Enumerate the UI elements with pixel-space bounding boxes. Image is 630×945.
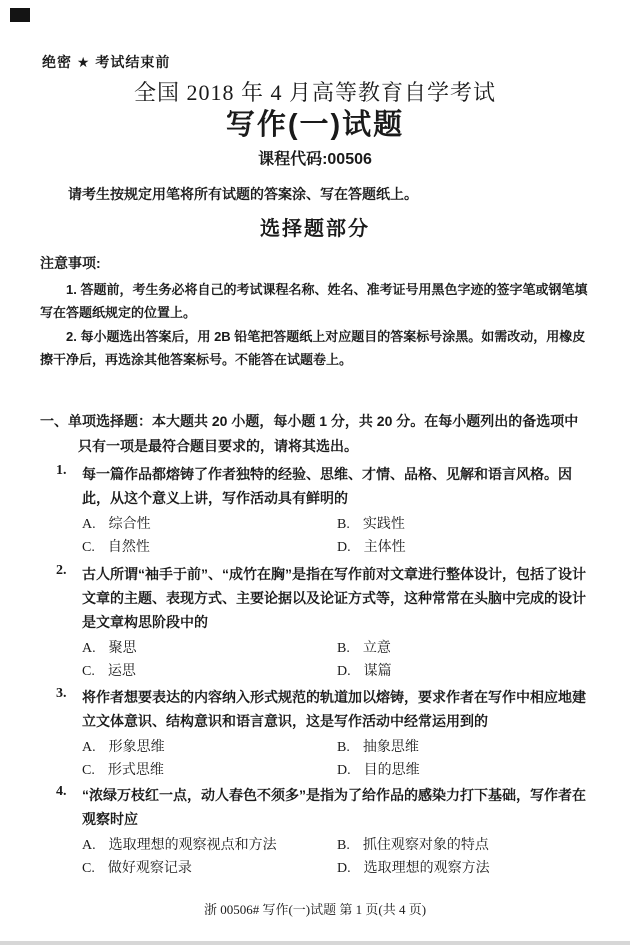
option-label: A. bbox=[82, 834, 96, 857]
section-one-directive: 一、单项选择题：本大题共 20 小题，每小题 1 分，共 20 分。在每小题列出… bbox=[40, 409, 592, 459]
question-number: 4. bbox=[56, 784, 67, 800]
paper-title: 写作(一)试题 bbox=[0, 102, 630, 143]
option-text: 谋篇 bbox=[364, 664, 392, 679]
option-b: B.抓住观察对象的特点 bbox=[337, 834, 592, 857]
option-text: 目的思维 bbox=[364, 763, 420, 778]
question-3: 3. 将作者想要表达的内容纳入形式规范的轨道加以熔铸，要求作者在写作中相应地建立… bbox=[40, 685, 592, 782]
option-a: A.选取理想的观察视点和方法 bbox=[82, 834, 337, 857]
question-stem: “浓绿万枝红一点，动人春色不须多”是指为了给作品的感染力打下基础，写作者在观察时… bbox=[82, 783, 586, 831]
option-label: C. bbox=[82, 660, 95, 683]
option-text: 聚思 bbox=[109, 641, 137, 656]
option-d: D.主体性 bbox=[337, 536, 592, 559]
option-text: 形式思维 bbox=[108, 763, 164, 778]
option-d: D.谋篇 bbox=[337, 660, 592, 683]
option-a: A.形象思维 bbox=[82, 736, 337, 759]
option-text: 综合性 bbox=[109, 517, 151, 532]
scan-bottom-edge bbox=[0, 941, 630, 945]
section-title: 选择题部分 bbox=[0, 212, 630, 241]
secrecy-notice: 绝密 ★ 考试结束前 bbox=[42, 52, 170, 72]
option-text: 运思 bbox=[108, 664, 136, 679]
option-label: C. bbox=[82, 857, 95, 880]
option-label: B. bbox=[337, 834, 350, 857]
option-label: A. bbox=[82, 513, 96, 536]
scan-corner-mark bbox=[10, 8, 30, 22]
option-c: C.形式思维 bbox=[82, 759, 337, 782]
option-b: B.抽象思维 bbox=[337, 736, 592, 759]
question-2: 2. 古人所谓“袖手于前”、“成竹在胸”是指在写作前对文章进行整体设计，包括了设… bbox=[40, 562, 592, 683]
option-b: B.立意 bbox=[337, 637, 592, 660]
notice-item-2: 2. 每小题选出答案后，用 2B 铅笔把答题纸上对应题目的答案标号涂黑。如需改动… bbox=[40, 325, 593, 371]
option-text: 选取理想的观察视点和方法 bbox=[109, 838, 277, 853]
question-stem: 将作者想要表达的内容纳入形式规范的轨道加以熔铸，要求作者在写作中相应地建立文体意… bbox=[82, 685, 586, 733]
option-text: 自然性 bbox=[108, 540, 150, 555]
page-footer: 浙 00506# 写作(一)试题 第 1 页(共 4 页) bbox=[0, 899, 630, 918]
question-options: A.形象思维 B.抽象思维 C.形式思维 D.目的思维 bbox=[82, 736, 592, 782]
option-text: 做好观察记录 bbox=[108, 861, 192, 876]
option-text: 实践性 bbox=[363, 517, 405, 532]
option-label: D. bbox=[337, 857, 351, 880]
option-text: 形象思维 bbox=[109, 740, 165, 755]
question-1: 1. 每一篇作品都熔铸了作者独特的经验、思维、才情、品格、见解和语言风格。因此，… bbox=[40, 462, 592, 559]
option-text: 抓住观察对象的特点 bbox=[363, 838, 489, 853]
notice-heading: 注意事项: bbox=[40, 253, 101, 273]
option-label: B. bbox=[337, 637, 350, 660]
option-label: C. bbox=[82, 536, 95, 559]
option-c: C.做好观察记录 bbox=[82, 857, 337, 880]
option-label: C. bbox=[82, 759, 95, 782]
question-options: A.选取理想的观察视点和方法 B.抓住观察对象的特点 C.做好观察记录 D.选取… bbox=[82, 834, 592, 880]
option-label: B. bbox=[337, 513, 350, 536]
question-options: A.聚思 B.立意 C.运思 D.谋篇 bbox=[82, 637, 592, 683]
option-label: B. bbox=[337, 736, 350, 759]
option-label: A. bbox=[82, 637, 96, 660]
option-c: C.运思 bbox=[82, 660, 337, 683]
course-code: 课程代码:00506 bbox=[0, 146, 630, 169]
option-text: 主体性 bbox=[364, 540, 406, 555]
question-stem: 每一篇作品都熔铸了作者独特的经验、思维、才情、品格、见解和语言风格。因此，从这个… bbox=[82, 462, 586, 510]
option-b: B.实践性 bbox=[337, 513, 592, 536]
question-options: A.综合性 B.实践性 C.自然性 D.主体性 bbox=[82, 513, 592, 559]
option-a: A.综合性 bbox=[82, 513, 337, 536]
option-label: D. bbox=[337, 759, 351, 782]
option-d: D.目的思维 bbox=[337, 759, 592, 782]
question-stem: 古人所谓“袖手于前”、“成竹在胸”是指在写作前对文章进行整体设计，包括了设计文章… bbox=[82, 562, 586, 634]
notice-item-1: 1. 答题前，考生务必将自己的考试课程名称、姓名、准考证号用黑色字迹的签字笔或钢… bbox=[40, 278, 593, 324]
question-4: 4. “浓绿万枝红一点，动人春色不须多”是指为了给作品的感染力打下基础，写作者在… bbox=[40, 783, 592, 880]
option-text: 立意 bbox=[363, 641, 391, 656]
option-text: 抽象思维 bbox=[363, 740, 419, 755]
question-number: 3. bbox=[56, 686, 67, 702]
option-label: A. bbox=[82, 736, 96, 759]
exam-paper-page: 绝密 ★ 考试结束前 全国 2018 年 4 月高等教育自学考试 写作(一)试题… bbox=[0, 0, 630, 945]
question-number: 1. bbox=[56, 463, 67, 479]
option-label: D. bbox=[337, 536, 351, 559]
question-number: 2. bbox=[56, 563, 67, 579]
option-d: D.选取理想的观察方法 bbox=[337, 857, 592, 880]
option-a: A.聚思 bbox=[82, 637, 337, 660]
option-label: D. bbox=[337, 660, 351, 683]
option-text: 选取理想的观察方法 bbox=[364, 861, 490, 876]
answer-instruction: 请考生按规定用笔将所有试题的答案涂、写在答题纸上。 bbox=[40, 184, 592, 204]
option-c: C.自然性 bbox=[82, 536, 337, 559]
